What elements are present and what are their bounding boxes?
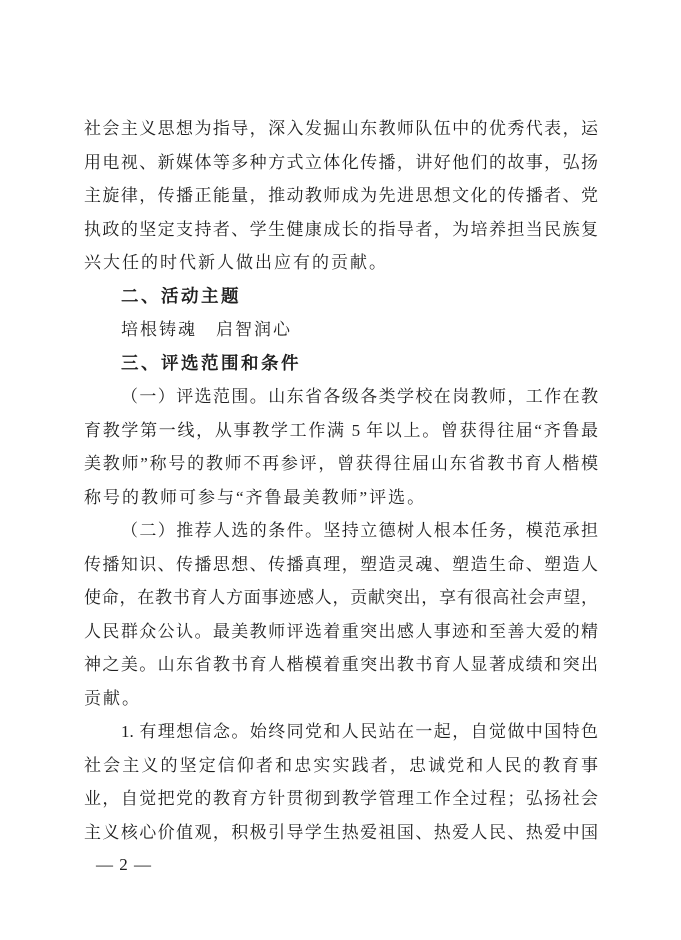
text-line: 社会主义思想为指导，深入发掘山东教师队伍中的优秀代表，运 [84,112,598,146]
text-line: 1. 有理想信念。始终同党和人民站在一起，自觉做中国特色 [84,715,598,749]
text-line: 称号的教师可参与“齐鲁最美教师”评选。 [84,481,598,515]
text-line: 培根铸魂 启智润心 [84,313,598,347]
paragraph-ideal-belief: 1. 有理想信念。始终同党和人民站在一起，自觉做中国特色社会主义的坚定信仰者和忠… [84,715,598,849]
theme-line: 培根铸魂 启智润心 [84,313,598,347]
text-line: 传播知识、传播思想、传播真理，塑造灵魂、塑造生命、塑造人 [84,548,598,582]
heading-section-2: 二、活动主题 [84,280,598,314]
text-line: 人民群众公认。最美教师评选着重突出感人事迹和至善大爱的精 [84,615,598,649]
text-line: 三、评选范围和条件 [84,347,598,381]
text-line: 二、活动主题 [84,280,598,314]
paragraph-candidate-conditions: （二）推荐人选的条件。坚持立德树人根本任务，模范承担传播知识、传播思想、传播真理… [84,514,598,715]
text-line: 贡献。 [84,682,598,716]
paragraph-selection-scope: （一）评选范围。山东省各级各类学校在岗教师，工作在教育教学第一线，从事教学工作满… [84,380,598,514]
text-line: 用电视、新媒体等多种方式立体化传播，讲好他们的故事，弘扬 [84,146,598,180]
paragraph-continuation: 社会主义思想为指导，深入发掘山东教师队伍中的优秀代表，运用电视、新媒体等多种方式… [84,112,598,280]
text-line: 使命，在教书育人方面事迹感人，贡献突出，享有很高社会声望， [84,581,598,615]
text-line: 兴大任的时代新人做出应有的贡献。 [84,246,598,280]
text-line: 执政的坚定支持者、学生健康成长的指导者，为培养担当民族复 [84,213,598,247]
heading-section-3: 三、评选范围和条件 [84,347,598,381]
text-line: （二）推荐人选的条件。坚持立德树人根本任务，模范承担 [84,514,598,548]
document-body: 社会主义思想为指导，深入发掘山东教师队伍中的优秀代表，运用电视、新媒体等多种方式… [84,112,598,849]
text-line: 业，自觉把党的教育方针贯彻到教学管理工作全过程；弘扬社会 [84,782,598,816]
text-line: 美教师”称号的教师不再参评，曾获得往届山东省教书育人楷模 [84,447,598,481]
document-page: 社会主义思想为指导，深入发掘山东教师队伍中的优秀代表，运用电视、新媒体等多种方式… [0,0,681,940]
page-number: — 2 — [96,855,152,875]
text-line: 社会主义的坚定信仰者和忠实实践者，忠诚党和人民的教育事 [84,749,598,783]
text-line: （一）评选范围。山东省各级各类学校在岗教师，工作在教 [84,380,598,414]
text-line: 主义核心价值观，积极引导学生热爱祖国、热爱人民、热爱中国 [84,816,598,850]
text-line: 神之美。山东省教书育人楷模着重突出教书育人显著成绩和突出 [84,648,598,682]
text-line: 主旋律，传播正能量，推动教师成为先进思想文化的传播者、党 [84,179,598,213]
text-line: 育教学第一线，从事教学工作满 5 年以上。曾获得往届“齐鲁最 [84,414,598,448]
